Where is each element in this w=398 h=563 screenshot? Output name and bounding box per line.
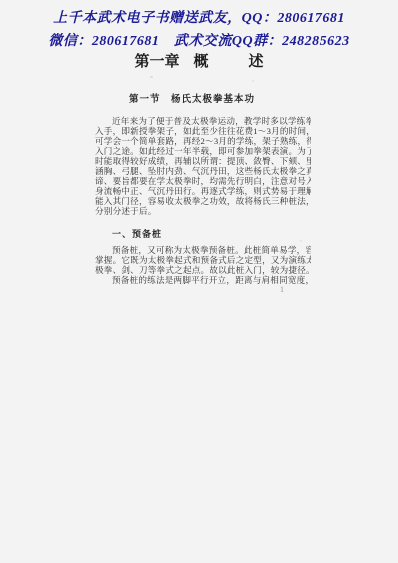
subsection-heading: 一、预备桩 (112, 227, 162, 240)
body-text-line: 掌握。它既为太极拳起式和预备式后之定型，又为演练太 (95, 255, 311, 265)
chapter-title-word1: 概 (193, 50, 208, 71)
body-text-line: 预备桩的练法是两脚平行开立，距离与肩相同宽度，头 (95, 275, 311, 285)
paragraph-1: 近年来为了便于普及太极拳运动，教学时多以学练拳式 入手，即新授拳架子，如此至少往… (95, 116, 311, 216)
body-text-line: 入手，即新授拳架子，如此至少往往花费1～3月的时间，才 (95, 126, 311, 136)
chapter-title-number: 第一章 (134, 50, 179, 71)
body-text-line: 涵胸、弓腿、坠肘内劲、气沉丹田，这些杨氏太极拳之真 (95, 166, 311, 176)
paragraph-2: 预备桩，又可称为太极拳预备桩。此桩简单易学，容易 掌握。它既为太极拳起式和预备式… (95, 245, 311, 275)
body-text-line: 能入其门径，容易收太极拳之功效，故将杨氏三种桩法，兹 (95, 196, 311, 206)
body-text-line: 身流畅中正、气沉丹田行。再逐式学练，则式势易于理解，方 (95, 186, 311, 196)
promo-header-line2: 微信：280617681 武术交流QQ群：248285623 (0, 30, 398, 50)
body-text-line: 极拳、剑、刀等拳式之起点。故以此桩入门，较为捷径。 (95, 265, 311, 275)
paragraph-3: 预备桩的练法是两脚平行开立，距离与肩相同宽度，头 (95, 275, 311, 285)
page-number: 1 (280, 285, 284, 294)
chapter-title: 第一章概述 (0, 50, 398, 71)
scan-speckle (150, 76, 153, 78)
scanned-book-page: 上千本武术电子书赠送武友，QQ：280617681 微信：280617681 武… (0, 0, 398, 563)
chapter-title-word2: 述 (249, 50, 264, 71)
scan-speckle (300, 240, 302, 242)
body-text-line: 入门之途。如此经过一年半载，即可参加拳架表演。为了短 (95, 146, 311, 156)
body-text-line: 分别分述于后。 (95, 206, 311, 216)
scan-speckle (252, 80, 254, 82)
body-text-line: 谛、要旨都要在学太极拳时，均需先行明白，注意对号入，周 (95, 176, 311, 186)
body-text-line: 近年来为了便于普及太极拳运动，教学时多以学练拳式 (95, 116, 311, 126)
promo-header-line1: 上千本武术电子书赠送武友，QQ：280617681 (0, 7, 398, 27)
body-text-line: 可学会一个简单套路，再经2～3月的学练，架子熟练，得以 (95, 136, 311, 146)
section-heading: 第一节 杨氏太极拳基本功 (129, 91, 255, 105)
body-text-line: 时能取得较好成绩，再辅以所谓：提顶、敛臀、下颏、里裹 (95, 156, 311, 166)
body-text-line: 预备桩，又可称为太极拳预备桩。此桩简单易学，容易 (95, 245, 311, 255)
